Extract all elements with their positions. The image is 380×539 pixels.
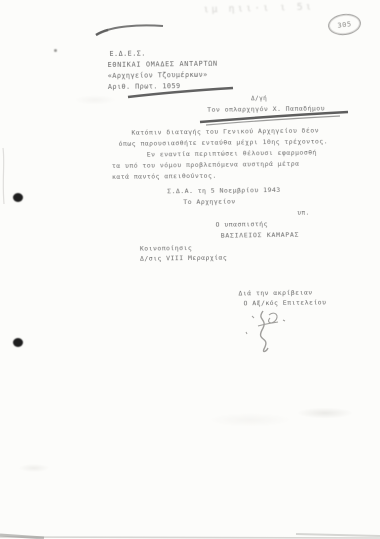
body-line: Εν εναντία περιπτώσει θέλουσι εφαρμοσθή (147, 149, 317, 158)
body-line: κατά παντός απειθούντος. (112, 173, 217, 181)
signer-title: Ο υπασπιστής (216, 221, 268, 228)
signer-name: ΒΑΣΙΛΕΙΟΣ ΚΑΜΑΡΑΣ (221, 232, 300, 239)
recipient-line: Τον οπλαρχηγόν Χ. Παπαδήμου (207, 105, 325, 113)
letterhead-org: Ε.Δ.Ε.Σ. (109, 51, 145, 58)
body-line: Κατόπιν διαταγής του Γενικού Αρχηγείου δ… (131, 127, 319, 136)
scanned-letter-page: ιμ ηιι·ι ι 5ι 305 Ε.Δ.Ε.Σ. ΕΘΝΙΚΑΙ ΟΜΑΔΕ… (0, 0, 380, 539)
letterhead-unit: «Αρχηγείον Τζουμέρκων» (108, 72, 208, 80)
body-line: τα υπό του νόμου προβλεπόμενα αυστηρά μέ… (112, 161, 300, 170)
distribution-line: Δ/σις VIII Μεραρχίας (140, 255, 227, 263)
recipient-tag: Δ/γή (251, 96, 267, 102)
date-line: Σ.Δ.Α. τη 5 Νοεμβρίου 1943 (167, 187, 281, 195)
certification-line2: Ο Αξ/κός Επιτελείου (243, 299, 326, 307)
typewritten-content: Ε.Δ.Ε.Σ. ΕΘΝΙΚΑΙ ΟΜΑΔΕΣ ΑΝΤΑΡΤΩΝ «Αρχηγε… (0, 0, 380, 539)
certification-line1: Διά την ακρίβειαν (238, 290, 312, 297)
unit-line: Το Αρχηγείον (183, 198, 235, 205)
closing-note: υπ. (297, 211, 309, 217)
body-line: όπως παρουσιασθήτε ενταύθα μέχρι 10ης τρ… (119, 138, 329, 147)
letterhead-protocol-number: Αριθ. Πρωτ. 1059 (108, 83, 181, 91)
distribution-title: Κοινοποίησις (140, 245, 192, 252)
letterhead-org-full: ΕΘΝΙΚΑΙ ΟΜΑΔΕΣ ΑΝΤΑΡΤΩΝ (108, 61, 218, 69)
